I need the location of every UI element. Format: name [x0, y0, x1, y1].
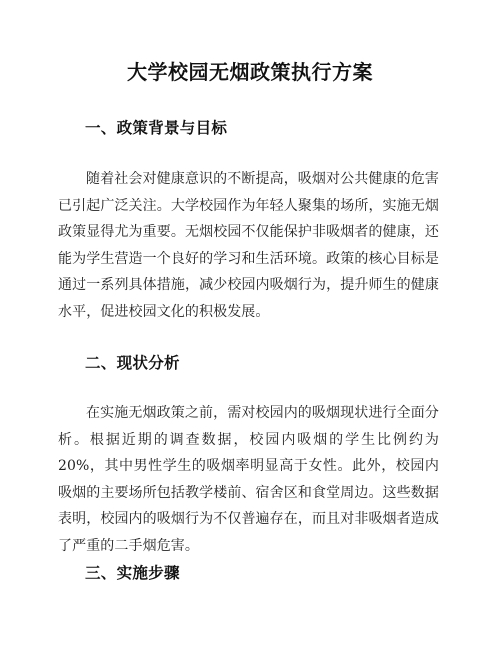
section-heading-implementation-steps: 三、实施步骤 [85, 562, 180, 584]
section-heading-status-analysis: 二、现状分析 [85, 352, 180, 374]
document-page: 大学校园无烟政策执行方案 一、政策背景与目标 随着社会对健康意识的不断提高，吸烟… [0, 0, 500, 647]
section-heading-background: 一、政策背景与目标 [85, 117, 227, 139]
section-paragraph-background: 随着社会对健康意识的不断提高，吸烟对公共健康的危害已引起广泛关注。大学校园作为年… [58, 166, 439, 326]
document-title: 大学校园无烟政策执行方案 [0, 58, 500, 86]
section-paragraph-status-analysis: 在实施无烟政策之前，需对校园内的吸烟现状进行全面分析。根据近期的调查数据，校园内… [58, 400, 439, 560]
